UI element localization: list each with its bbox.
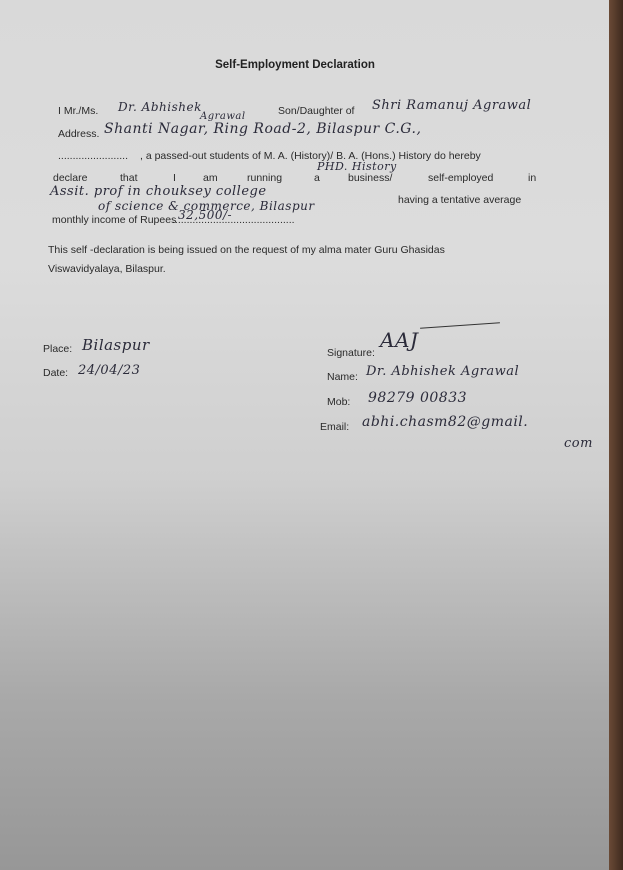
word-running: running: [247, 172, 282, 184]
email-label: Email:: [320, 421, 349, 433]
relation-label: Son/Daughter of: [278, 105, 354, 117]
email-value-continued: com: [564, 436, 593, 451]
applicant-name: Dr. Abhishek: [118, 100, 202, 114]
date-value: 24/04/23: [78, 363, 140, 378]
name-label: Name:: [327, 371, 358, 383]
mobile-label: Mob:: [327, 396, 350, 408]
word-business: business/: [348, 172, 392, 184]
place-label: Place:: [43, 343, 72, 355]
dots-filler: ........................: [58, 150, 128, 162]
word-self-employed: self-employed: [428, 172, 493, 184]
word-in: in: [528, 172, 536, 184]
word-that: that: [120, 172, 138, 184]
qualification-text: , a passed-out students of M. A. (Histor…: [140, 150, 481, 162]
address-value: Shanti Nagar, Ring Road-2, Bilaspur C.G.…: [104, 121, 421, 137]
place-value: Bilaspur: [82, 336, 150, 354]
document-title: Self-Employment Declaration: [0, 59, 590, 71]
email-value: abhi.chasm82@gmail.: [362, 414, 528, 430]
address-label: Address.: [58, 128, 99, 140]
word-am: am: [203, 172, 218, 184]
income-intro: having a tentative average: [398, 194, 521, 206]
name-value: Dr. Abhishek Agrawal: [366, 364, 519, 379]
statement-text-continued: Viswavidyalaya, Bilaspur.: [48, 263, 166, 275]
word-a: a: [314, 172, 320, 184]
word-declare: declare: [53, 172, 87, 184]
mobile-value: 98279 00833: [368, 390, 467, 406]
father-name: Shri Ramanuj Agrawal: [372, 98, 531, 113]
signature-label: Signature:: [327, 347, 375, 359]
signature-value: AAJ: [380, 328, 418, 352]
date-label: Date:: [43, 367, 68, 379]
table-edge: [609, 0, 623, 870]
word-i: I: [173, 172, 176, 184]
occupation-value: Assit. prof in chouksey college: [50, 184, 267, 199]
income-value: 32,500/-: [178, 208, 232, 222]
salutation-label: I Mr./Ms.: [58, 105, 98, 117]
income-label: monthly income of Rupees: [52, 214, 176, 226]
statement-text: This self -declaration is being issued o…: [48, 244, 445, 256]
